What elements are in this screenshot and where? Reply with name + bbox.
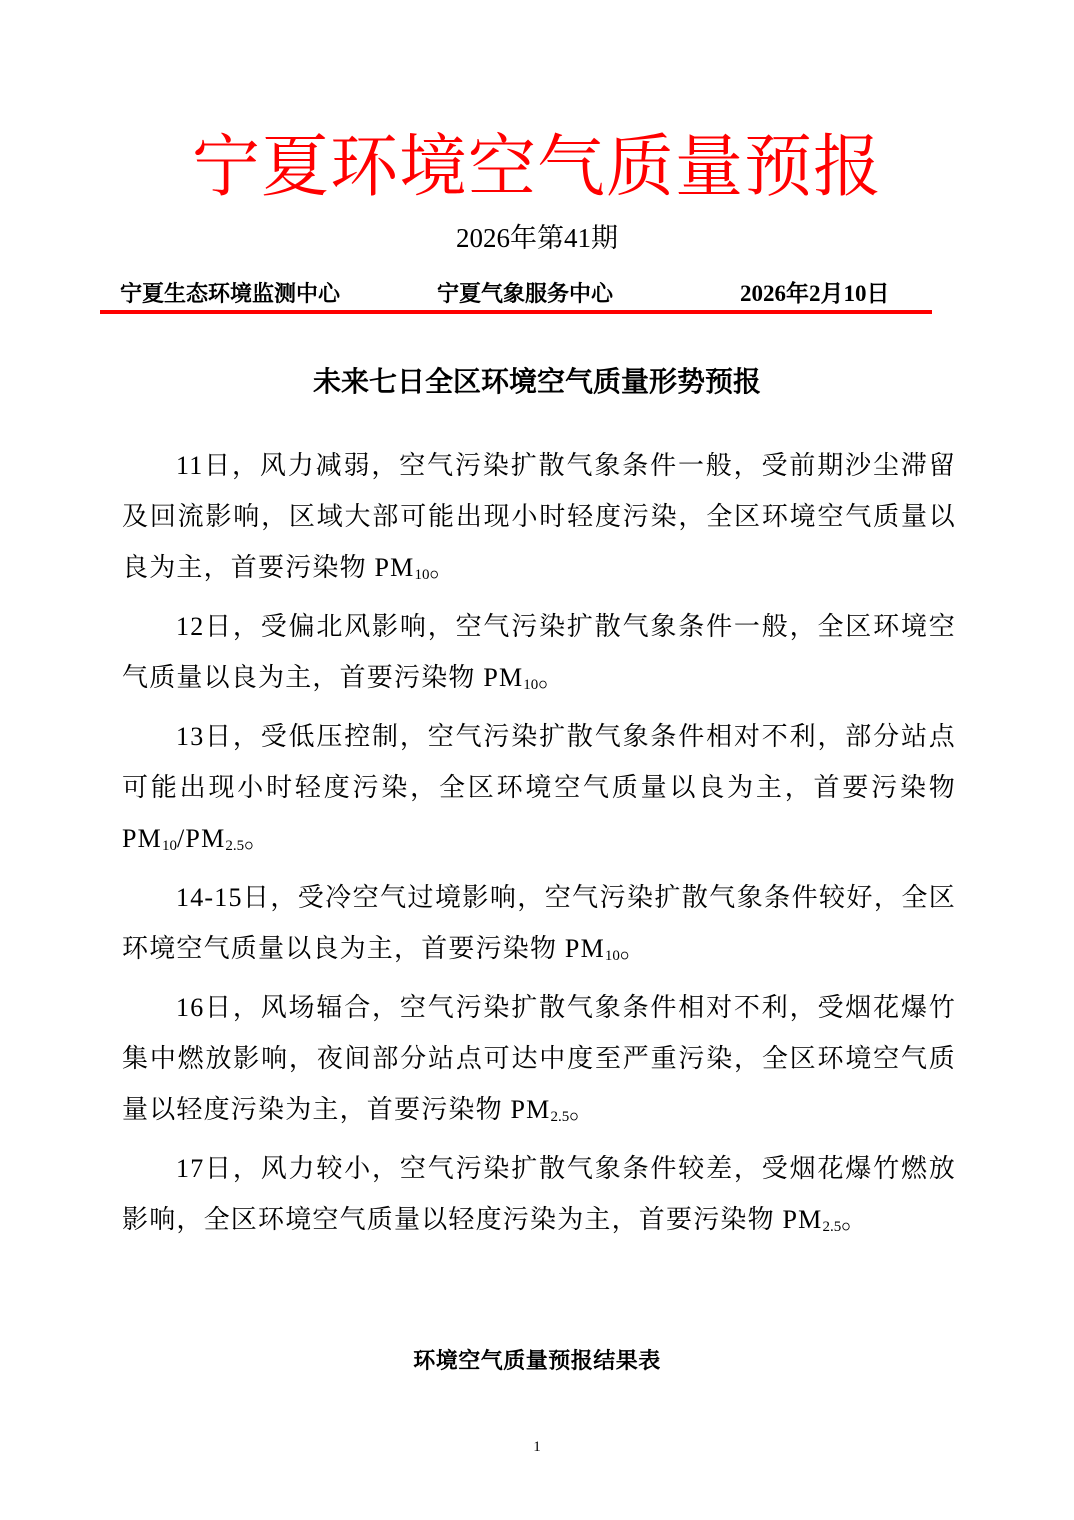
forecast-paragraph-13: 13日，受低压控制，空气污染扩散气象条件相对不利，部分站点可能出现小时轻度污染，… [122, 711, 956, 872]
paragraph-text: 14-15日，受冷空气过境影响，空气污染扩散气象条件较好，全区环境空气质量以良为… [122, 883, 956, 963]
issue-date: 2026年2月10日 [740, 280, 890, 308]
period: 。 [538, 663, 565, 692]
pollutant-subscript: 10 [523, 677, 538, 693]
forecast-paragraph-11: 11日，风力减弱，空气污染扩散气象条件一般，受前期沙尘滞留及回流影响，区域大部可… [122, 440, 956, 601]
pollutant: PM [565, 934, 605, 963]
forecast-paragraph-16: 16日，风场辐合，空气污染扩散气象条件相对不利，受烟花爆竹集中燃放影响，夜间部分… [122, 982, 956, 1143]
forecast-paragraph-14-15: 14-15日，受冷空气过境影响，空气污染扩散气象条件较好，全区环境空气质量以良为… [122, 872, 956, 982]
table-caption: 环境空气质量预报结果表 [0, 1346, 1074, 1376]
page-number: 1 [0, 1437, 1074, 1457]
paragraph-text: 11日，风力减弱，空气污染扩散气象条件一般，受前期沙尘滞留及回流影响，区域大部可… [122, 451, 956, 582]
pollutant: PM [511, 1095, 551, 1124]
paragraph-text: 13日，受低压控制，空气污染扩散气象条件相对不利，部分站点可能出现小时轻度污染，… [122, 722, 956, 802]
period: 。 [244, 824, 271, 853]
pollutant-2: /PM [177, 824, 225, 853]
forecast-paragraph-12: 12日，受偏北风影响，空气污染扩散气象条件一般，全区环境空气质量以良为主，首要污… [122, 601, 956, 711]
header-divider [100, 310, 932, 314]
pollutant-subscript: 10 [415, 567, 430, 583]
pollutant-subscript: 2.5 [551, 1109, 570, 1125]
pollutant: PM [122, 824, 162, 853]
pollutant-subscript-2: 2.5 [225, 838, 244, 854]
period: 。 [569, 1095, 596, 1124]
pollutant-subscript: 10 [605, 948, 620, 964]
period: 。 [841, 1205, 868, 1234]
pollutant: PM [783, 1205, 823, 1234]
period: 。 [620, 934, 647, 963]
forecast-paragraph-17: 17日，风力较小，空气污染扩散气象条件较差，受烟花爆竹燃放影响，全区环境空气质量… [122, 1143, 956, 1253]
pollutant-subscript: 2.5 [823, 1219, 842, 1235]
masthead-title: 宁夏环境空气质量预报 [0, 128, 1074, 208]
pollutant: PM [375, 553, 415, 582]
forecast-body: 11日，风力减弱，空气污染扩散气象条件一般，受前期沙尘滞留及回流影响，区域大部可… [122, 440, 956, 1253]
period: 。 [430, 553, 457, 582]
issuer-monitoring-center: 宁夏生态环境监测中心 [120, 280, 340, 308]
pollutant-subscript: 10 [162, 838, 177, 854]
section-title: 未来七日全区环境空气质量形势预报 [0, 362, 1074, 402]
pollutant: PM [483, 663, 523, 692]
issue-number: 2026年第41期 [0, 222, 1074, 254]
issuer-meteorological-center: 宁夏气象服务中心 [437, 280, 613, 308]
